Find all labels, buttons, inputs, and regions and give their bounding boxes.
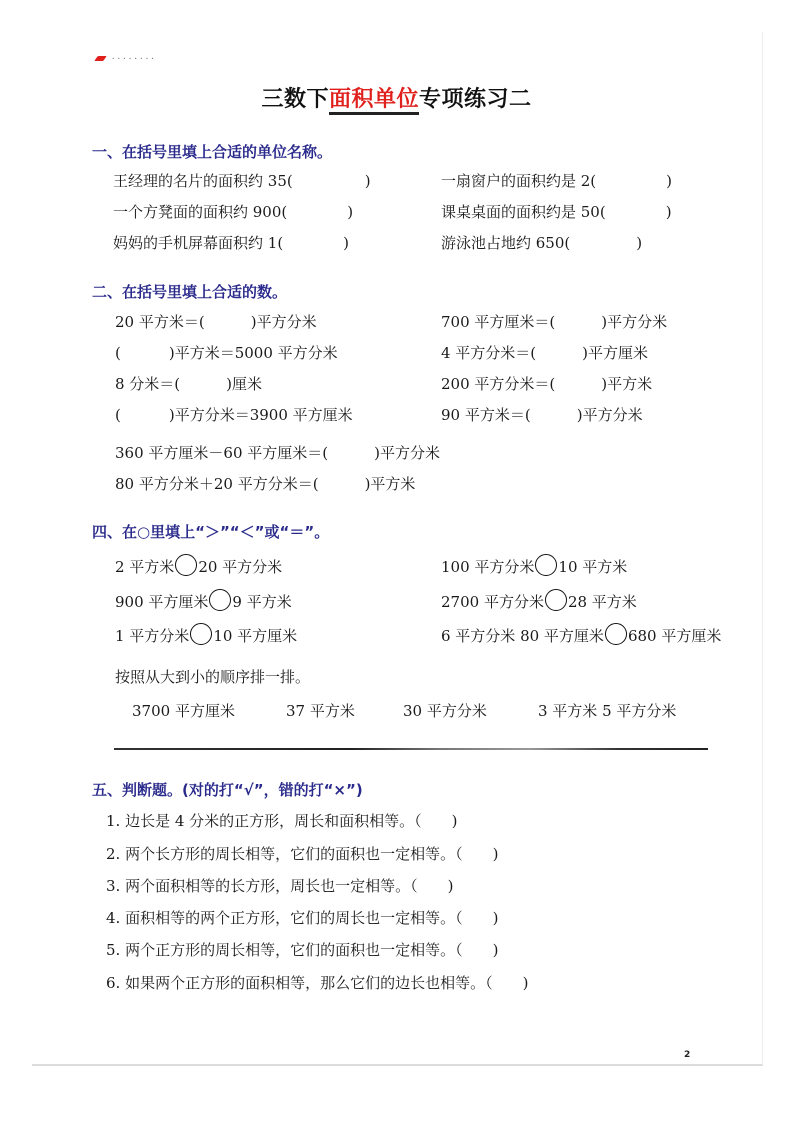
- section4-heading: 四、在○里填上“＞”“＜”或“＝”。: [92, 521, 329, 542]
- s1-item-4: 课桌桌面的面积约是 50(): [441, 201, 672, 222]
- s5-item-3: 3. 两个面积相等的长方形，周长也一定相等。（): [106, 875, 453, 896]
- s2-item-10: 80 平方分米＋20 平方分米＝()平方米: [115, 473, 415, 494]
- s2-item-6: 200 平方分米＝()平方米: [441, 373, 652, 394]
- s5-item-4: 4. 面积相等的两个正方形，它们的周长也一定相等。（): [106, 907, 498, 928]
- compare-circle[interactable]: [605, 623, 627, 645]
- s4-item-2: 100 平方分米10 平方米: [441, 554, 627, 577]
- compare-circle[interactable]: [535, 554, 557, 576]
- compare-circle[interactable]: [190, 623, 212, 645]
- order-item-3: 30 平方分米: [403, 700, 487, 721]
- section2-heading: 二、在括号里填上合适的数。: [92, 281, 287, 302]
- compare-circle[interactable]: [545, 589, 567, 611]
- s5-item-2: 2. 两个长方形的周长相等，它们的面积也一定相等。（): [106, 843, 498, 864]
- compare-circle[interactable]: [209, 589, 231, 611]
- title-prefix: 三数下: [261, 87, 329, 112]
- order-prompt: 按照从大到小的顺序排一排。: [115, 666, 310, 687]
- order-item-2: 37 平方米: [286, 700, 355, 721]
- title-highlight: 面积单位: [329, 87, 419, 115]
- s2-item-3: ()平方米＝5000 平方分米: [115, 342, 338, 363]
- s5-item-1: 1. 边长是 4 分米的正方形，周长和面积相等。（): [106, 810, 458, 831]
- s1-item-6: 游泳池占地约 650(): [441, 232, 642, 253]
- s2-item-5: 8 分米＝()厘米: [115, 373, 262, 394]
- s1-item-2: 一扇窗户的面积约是 2(): [441, 170, 672, 191]
- answer-line: [114, 748, 708, 750]
- s1-item-3: 一个方凳面的面积约 900(): [113, 201, 353, 222]
- publisher-logo: • • • • • • • •: [96, 56, 196, 64]
- s2-item-1: 20 平方米＝()平方分米: [115, 311, 317, 332]
- s4-item-5: 1 平方分米10 平方厘米: [115, 623, 297, 646]
- s5-item-5: 5. 两个正方形的周长相等，它们的面积也一定相等。（): [106, 939, 498, 960]
- order-item-1: 3700 平方厘米: [132, 700, 235, 721]
- s1-item-5: 妈妈的手机屏幕面积约 1(): [113, 232, 349, 253]
- s4-item-4: 2700 平方分米28 平方米: [441, 589, 637, 612]
- compare-circle[interactable]: [175, 554, 197, 576]
- title-suffix: 专项练习二: [419, 87, 532, 112]
- s2-item-2: 700 平方厘米＝()平方分米: [441, 311, 667, 332]
- s2-item-8: 90 平方米＝()平方分米: [441, 404, 643, 425]
- s1-item-1: 王经理的名片的面积约 35(): [113, 170, 371, 191]
- s2-item-7: ()平方分米＝3900 平方厘米: [115, 404, 353, 425]
- order-item-4: 3 平方米 5 平方分米: [538, 700, 676, 721]
- s4-item-1: 2 平方米20 平方分米: [115, 554, 282, 577]
- page-number: 2: [684, 1050, 690, 1060]
- logo-mark-icon: [94, 56, 107, 61]
- s4-item-6: 6 平方分米 80 平方厘米680 平方厘米: [441, 623, 721, 646]
- s4-item-3: 900 平方厘米9 平方米: [115, 589, 292, 612]
- s2-item-9: 360 平方厘米－60 平方厘米＝()平方分米: [115, 442, 440, 463]
- logo-text: • • • • • • • •: [112, 56, 155, 61]
- s5-item-6: 6. 如果两个正方形的面积相等，那么它们的边长也相等。（): [106, 972, 528, 993]
- section1-heading: 一、在括号里填上合适的单位名称。: [92, 141, 332, 162]
- page-title: 三数下面积单位专项练习二: [0, 82, 793, 113]
- section5-heading: 五、判断题。(对的打“√”，错的打“×”): [92, 779, 363, 800]
- s2-item-4: 4 平方分米＝()平方厘米: [441, 342, 648, 363]
